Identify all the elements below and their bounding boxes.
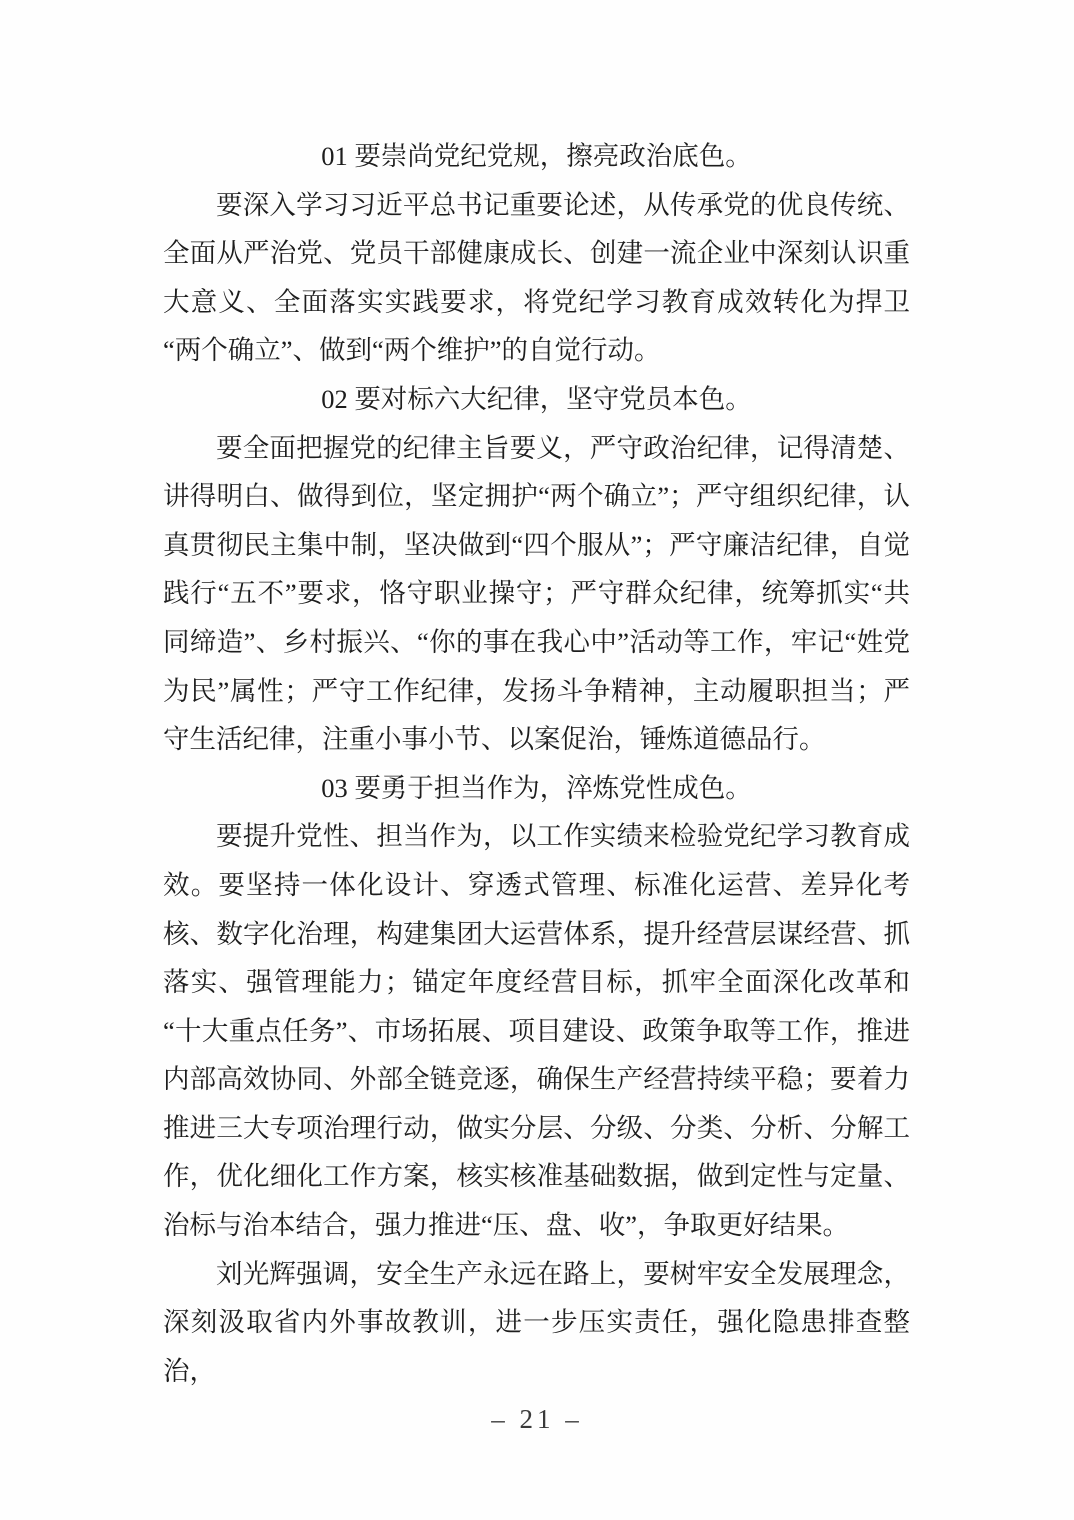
paragraph-safety-production: 刘光辉强调，安全生产永远在路上，要树牢安全发展理念，深刻汲取省内外事故教训，进一… [163,1250,910,1396]
section-heading-01: 01 要崇尚党纪党规，擦亮政治底色。 [163,132,910,181]
paragraph-section-01: 要深入学习习近平总书记重要论述，从传承党的优良传统、全面从严治党、党员干部健康成… [163,181,910,375]
document-content: 01 要崇尚党纪党规，擦亮政治底色。 要深入学习习近平总书记重要论述，从传承党的… [163,132,910,1395]
section-heading-03: 03 要勇于担当作为，淬炼党性成色。 [163,764,910,813]
section-heading-02: 02 要对标六大纪律，坚守党员本色。 [163,375,910,424]
document-page: 01 要崇尚党纪党规，擦亮政治底色。 要深入学习习近平总书记重要论述，从传承党的… [0,0,1074,1520]
paragraph-section-03: 要提升党性、担当作为，以工作实绩来检验党纪学习教育成效。要坚持一体化设计、穿透式… [163,812,910,1249]
page-number: – 21 – [0,1404,1074,1435]
paragraph-section-02: 要全面把握党的纪律主旨要义，严守政治纪律，记得清楚、讲得明白、做得到位，坚定拥护… [163,424,910,764]
